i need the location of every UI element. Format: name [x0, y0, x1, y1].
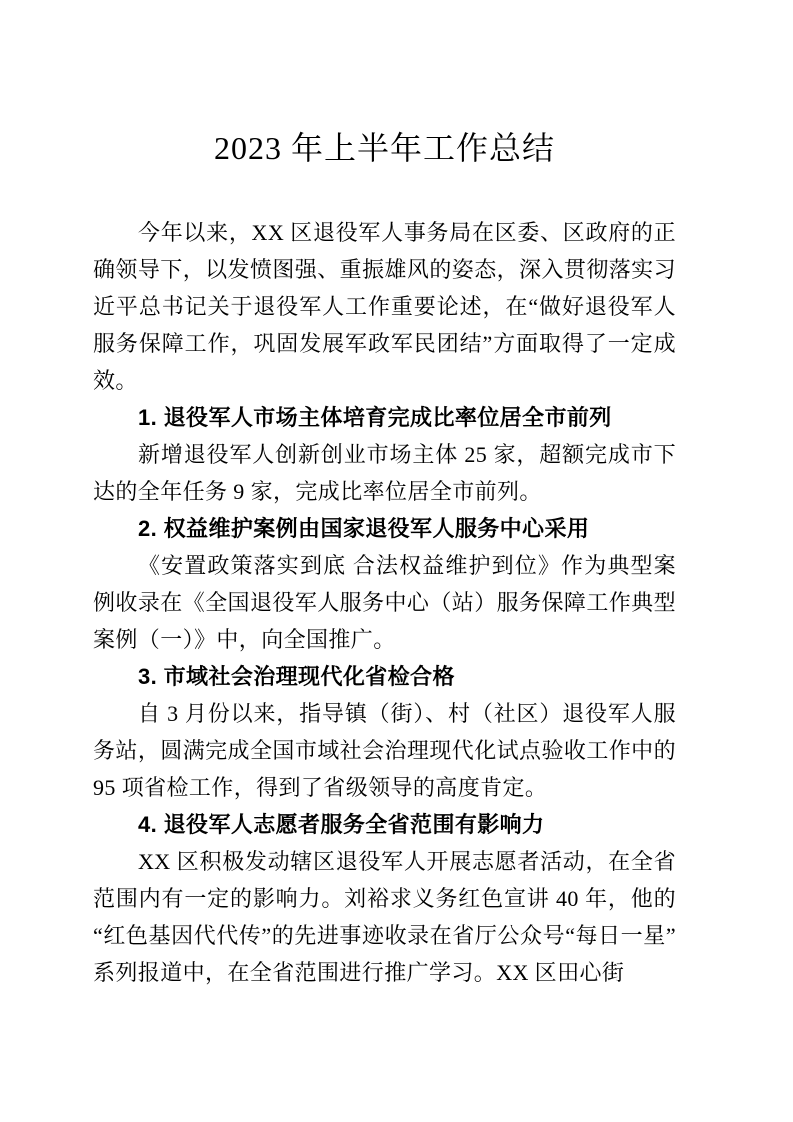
document-title: 2023 年上半年工作总结 [93, 122, 676, 174]
section-3-heading: 3. 市域社会治理现代化省检合格 [93, 658, 676, 695]
section-1-heading: 1. 退役军人市场主体培育完成比率位居全市前列 [93, 399, 676, 436]
section-4-heading: 4. 退役军人志愿者服务全省范围有影响力 [93, 806, 676, 843]
section-2-body: 《安置政策落实到底 合法权益维护到位》作为典型案例收录在《全国退役军人服务中心（… [93, 547, 676, 658]
section-4-body: XX 区积极发动辖区退役军人开展志愿者活动，在全省范围内有一定的影响力。刘裕求义… [93, 843, 676, 991]
document-page: 2023 年上半年工作总结 今年以来，XX 区退役军人事务局在区委、区政府的正确… [0, 0, 793, 1122]
section-1-body: 新增退役军人创新创业市场主体 25 家，超额完成市下达的全年任务 9 家，完成比… [93, 436, 676, 510]
section-3-body: 自 3 月份以来，指导镇（街）、村（社区）退役军人服务站，圆满完成全国市域社会治… [93, 695, 676, 806]
intro-paragraph: 今年以来，XX 区退役军人事务局在区委、区政府的正确领导下，以发愤图强、重振雄风… [93, 214, 676, 399]
section-2-heading: 2. 权益维护案例由国家退役军人服务中心采用 [93, 510, 676, 547]
